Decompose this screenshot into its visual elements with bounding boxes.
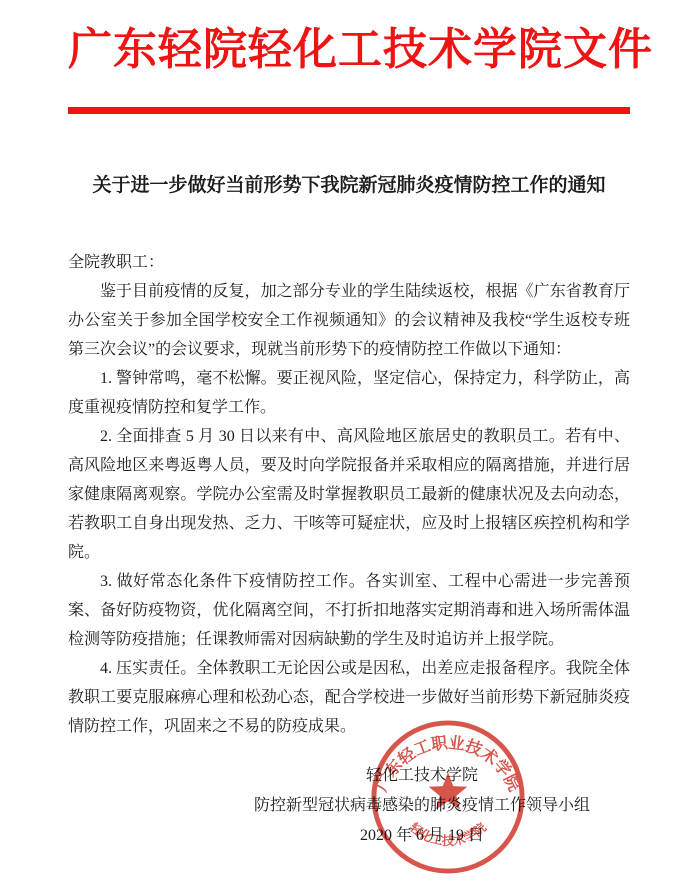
paragraph-item-1: 1. 警钟常鸣，毫不松懈。要正视风险，坚定信心，保持定力，科学防止，高度重视疫情… [68,364,630,422]
document-body: 全院教职工： 鉴于目前疫情的反复，加之部分专业的学生陆续返校，根据《广东省教育厅… [68,248,630,741]
paragraph-item-3: 3. 做好常态化条件下疫情防控工作。各实训室、工程中心需进一步完善预案、备好防疫… [68,567,630,654]
paragraph-item-2: 2. 全面排查 5 月 30 日以来有中、高风险地区旅居史的教职员工。若有中、高… [68,422,630,567]
signature-org-name: 轻化工技术学院 [254,761,590,791]
signature-leading-group: 防控新型冠状病毒感染的肺炎疫情工作领导小组 [254,791,590,821]
red-header-org-title: 广东轻院轻化工技术学院文件 [68,0,630,80]
document-page: 广东轻院轻化工技术学院文件 关于进一步做好当前形势下我院新冠肺炎疫情防控工作的通… [0,0,693,884]
paragraph-intro: 鉴于目前疫情的反复，加之部分专业的学生陆续返校，根据《广东省教育厅办公室关于参加… [68,277,630,364]
signature-block: 轻化工技术学院 防控新型冠状病毒感染的肺炎疫情工作领导小组 2020 年 6 月… [254,761,590,851]
document-title: 关于进一步做好当前形势下我院新冠肺炎疫情防控工作的通知 [68,172,630,198]
red-separator-line [68,107,630,114]
signature-date: 2020 年 6 月 19 日 [254,821,590,851]
salutation: 全院教职工： [68,248,630,277]
paragraph-item-4: 4. 压实责任。全体教职工无论因公或是因私，出差应走报备程序。我院全体教职工要克… [68,654,630,741]
